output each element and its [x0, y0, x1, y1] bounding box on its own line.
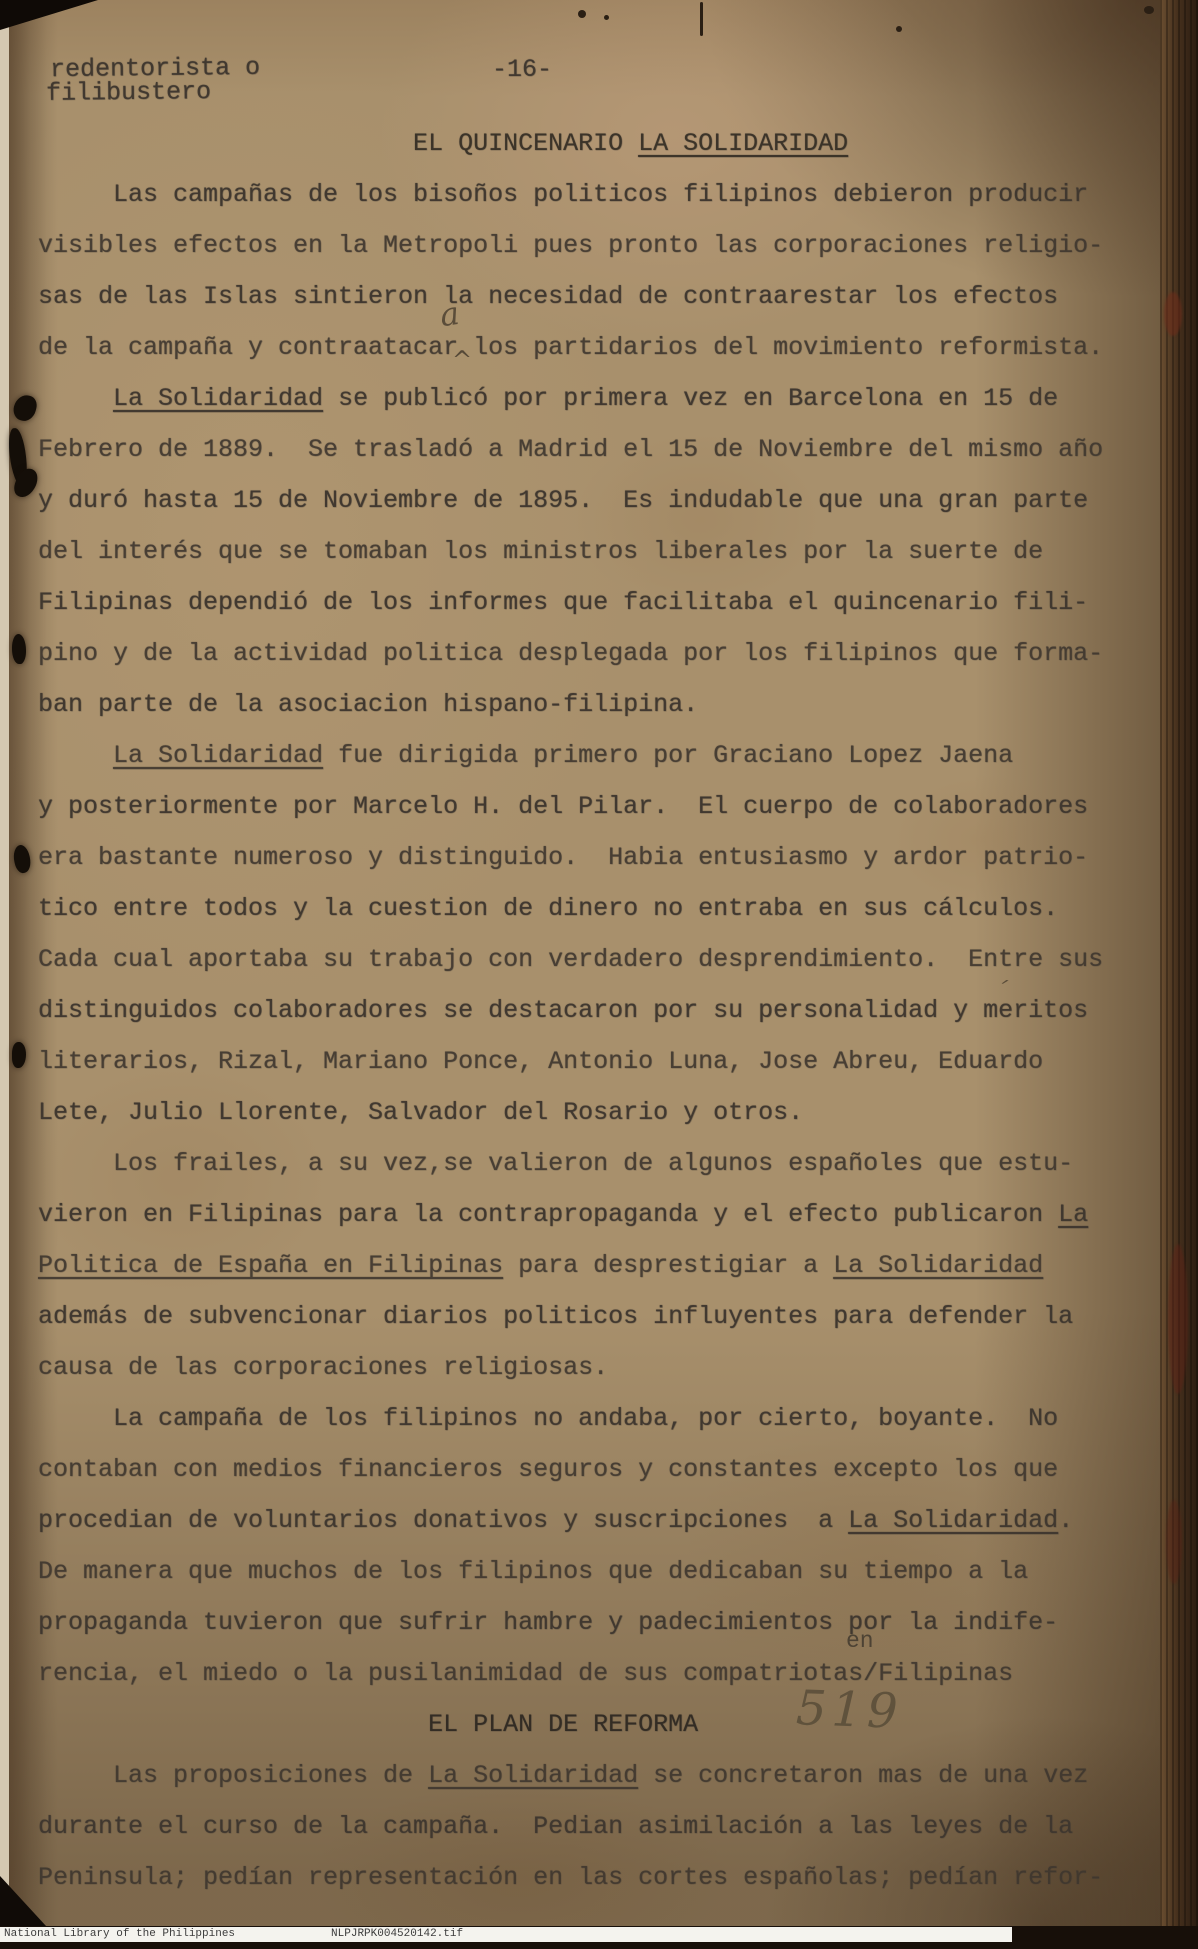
typed-line: Las campañas de los bisoños politicos fi… — [38, 169, 1103, 220]
typed-line: Cada cual aportaba su trabajo con verdad… — [38, 934, 1103, 985]
typed-text: durante el curso de la campaña. Pedian a… — [38, 1812, 1073, 1841]
typed-text: ban parte de la asociacion hispano-filip… — [38, 690, 698, 719]
dust-speck — [1144, 6, 1154, 14]
typed-text: Las proposiciones de — [38, 1761, 428, 1790]
handwritten-page-note: 519 — [795, 1680, 904, 1740]
typed-text — [38, 741, 113, 770]
typed-line: procedian de voluntarios donativos y sus… — [38, 1495, 1103, 1546]
typed-text: Peninsula; pedían representación en las … — [38, 1863, 1103, 1892]
typed-line: distinguidos colaboradores se destacaron… — [38, 985, 1103, 1036]
spine-smudge — [1166, 1500, 1182, 1584]
scan-footer-strip: National Library of the Philippines NLPJ… — [0, 1927, 1012, 1942]
typed-line: del interés que se tomaban los ministros… — [38, 526, 1103, 577]
typed-line: La Solidaridad fue dirigida primero por … — [38, 730, 1103, 781]
marginalia-note-line2: filibustero — [46, 79, 211, 106]
typed-line: de la campaña y contraatacar los partida… — [38, 322, 1103, 373]
scan-filename-label: NLPJRPK004520142.tif — [331, 1929, 463, 1940]
typed-line: era bastante numeroso y distinguido. Hab… — [38, 832, 1103, 883]
spine-smudge — [1168, 1244, 1188, 1394]
typed-text: distinguidos colaboradores se destacaron… — [38, 996, 1088, 1025]
typed-line: Filipinas dependió de los informes que f… — [38, 577, 1103, 628]
underlined-text: La Solidaridad — [113, 384, 323, 413]
typed-text: Filipinas dependió de los informes que f… — [38, 588, 1088, 617]
typed-text: era bastante numeroso y distinguido. Hab… — [38, 843, 1088, 872]
underlined-text: La — [1058, 1200, 1088, 1229]
library-credit-label: National Library of the Philippines — [4, 1929, 235, 1940]
typed-line: visibles efectos en la Metropoli pues pr… — [38, 220, 1103, 271]
page-number: -16- — [492, 57, 552, 82]
typed-text: propaganda tuvieron que sufrir hambre y … — [38, 1608, 1058, 1637]
typed-line: rencia, el miedo o la pusilanimidad de s… — [38, 1648, 1103, 1699]
typed-text: Los frailes, a su vez,se valieron de alg… — [38, 1149, 1073, 1178]
underlined-text: La Solidaridad — [113, 741, 323, 770]
spine-smudge — [1164, 292, 1182, 336]
underlined-text: LA SOLIDARIDAD — [638, 129, 848, 158]
typed-text: de la campaña y contraatacar los partida… — [38, 333, 1103, 362]
typed-line: Peninsula; pedían representación en las … — [38, 1852, 1103, 1903]
underlined-text: Politica de España en Filipinas — [38, 1251, 503, 1280]
typed-line: propaganda tuvieron que sufrir hambre y … — [38, 1597, 1103, 1648]
scanned-document-page: redentorista o filibustero -16- EL QUINC… — [0, 0, 1198, 1949]
typed-line: Politica de España en Filipinas para des… — [38, 1240, 1103, 1291]
typed-text: para desprestigiar a — [503, 1251, 833, 1280]
typed-line: tico entre todos y la cuestion de dinero… — [38, 883, 1103, 934]
typed-text: literarios, Rizal, Mariano Ponce, Antoni… — [38, 1047, 1043, 1076]
book-spine-edge — [1160, 0, 1198, 1949]
typed-text: La campaña de los filipinos no andaba, p… — [38, 1404, 1058, 1433]
typed-line: y posteriormente por Marcelo H. del Pila… — [38, 781, 1103, 832]
typed-line: contaban con medios financieros seguros … — [38, 1444, 1103, 1495]
dust-speck — [578, 10, 586, 18]
typed-text: EL PLAN DE REFORMA — [38, 1710, 698, 1739]
dust-speck — [896, 26, 902, 32]
typed-line: pino y de la actividad politica desplega… — [38, 628, 1103, 679]
typed-text: causa de las corporaciones religiosas. — [38, 1353, 608, 1382]
typed-text: Cada cual aportaba su trabajo con verdad… — [38, 945, 1103, 974]
typed-text: contaban con medios financieros seguros … — [38, 1455, 1058, 1484]
typed-line: y duró hasta 15 de Noviembre de 1895. Es… — [38, 475, 1103, 526]
typed-text: se concretaron mas de una vez — [638, 1761, 1088, 1790]
typed-line: De manera que muchos de los filipinos qu… — [38, 1546, 1103, 1597]
typed-line: literarios, Rizal, Mariano Ponce, Antoni… — [38, 1036, 1103, 1087]
dust-speck — [604, 15, 609, 20]
typed-text: procedian de voluntarios donativos y sus… — [38, 1506, 848, 1535]
typed-text: además de subvencionar diarios politicos… — [38, 1302, 1073, 1331]
typed-text: del interés que se tomaban los ministros… — [38, 537, 1043, 566]
typed-text: tico entre todos y la cuestion de dinero… — [38, 894, 1058, 923]
underlined-text: La Solidaridad — [833, 1251, 1043, 1280]
typed-text — [38, 384, 113, 413]
typed-line: Febrero de 1889. Se trasladó a Madrid el… — [38, 424, 1103, 475]
underlined-text: La Solidaridad — [428, 1761, 638, 1790]
typed-line: Los frailes, a su vez,se valieron de alg… — [38, 1138, 1103, 1189]
typed-line: causa de las corporaciones religiosas. — [38, 1342, 1103, 1393]
torn-corner-top-left — [0, 0, 98, 30]
typed-text: y posteriormente por Marcelo H. del Pila… — [38, 792, 1088, 821]
page-left-edge — [0, 0, 9, 1926]
typed-text: Febrero de 1889. Se trasladó a Madrid el… — [38, 435, 1103, 464]
typed-text: visibles efectos en la Metropoli pues pr… — [38, 231, 1103, 260]
section-heading: EL PLAN DE REFORMA — [38, 1699, 1103, 1750]
typed-line: Lete, Julio Llorente, Salvador del Rosar… — [38, 1087, 1103, 1138]
typed-line: ban parte de la asociacion hispano-filip… — [38, 679, 1103, 730]
typed-text: vieron en Filipinas para la contrapropag… — [38, 1200, 1058, 1229]
typed-text: . — [1058, 1506, 1073, 1535]
typed-line: sas de las Islas sintieron la necesidad … — [38, 271, 1103, 322]
insertion-caret-mark: ^ — [452, 346, 472, 374]
typed-text: y duró hasta 15 de Noviembre de 1895. Es… — [38, 486, 1088, 515]
crease-mark — [700, 2, 703, 36]
typed-text: Las campañas de los bisoños politicos fi… — [38, 180, 1088, 209]
typed-text: fue dirigida primero por Graciano Lopez … — [323, 741, 1013, 770]
typed-text: sas de las Islas sintieron la necesidad … — [38, 282, 1058, 311]
typed-line: vieron en Filipinas para la contrapropag… — [38, 1189, 1103, 1240]
typed-text: EL QUINCENARIO — [38, 129, 638, 158]
typed-body: EL QUINCENARIO LA SOLIDARIDAD Las campañ… — [38, 118, 1103, 1903]
typed-text: pino y de la actividad politica desplega… — [38, 639, 1103, 668]
ink-blot — [12, 634, 26, 664]
typed-line: durante el curso de la campaña. Pedian a… — [38, 1801, 1103, 1852]
handwritten-insertion-word: en — [846, 1628, 874, 1654]
typed-line: Las proposiciones de La Solidaridad se c… — [38, 1750, 1103, 1801]
typed-text: De manera que muchos de los filipinos qu… — [38, 1557, 1028, 1586]
document-title: EL QUINCENARIO LA SOLIDARIDAD — [38, 118, 1103, 169]
typed-text: se publicó por primera vez en Barcelona … — [323, 384, 1058, 413]
typed-text: Lete, Julio Llorente, Salvador del Rosar… — [38, 1098, 803, 1127]
typed-line: La Solidaridad se publicó por primera ve… — [38, 373, 1103, 424]
typed-line: además de subvencionar diarios politicos… — [38, 1291, 1103, 1342]
underlined-text: La Solidaridad — [848, 1506, 1058, 1535]
typed-line: La campaña de los filipinos no andaba, p… — [38, 1393, 1103, 1444]
